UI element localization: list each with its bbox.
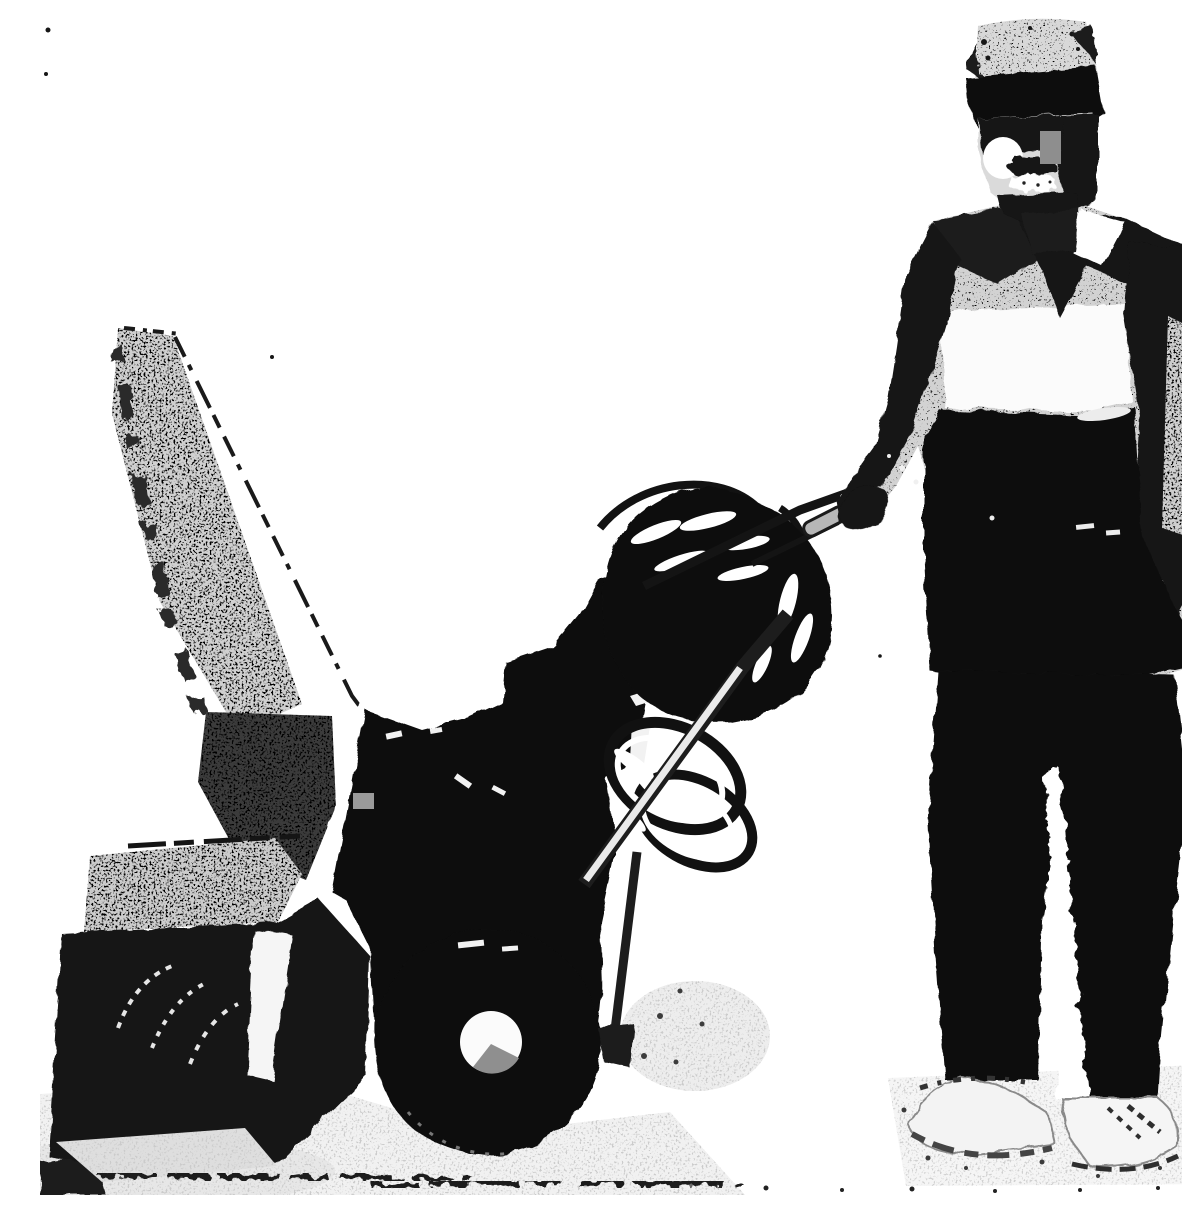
legs [928, 671, 1182, 1102]
auger-top-face [84, 838, 302, 932]
ground-bottom-dots [764, 1186, 1161, 1194]
operator [831, 19, 1182, 1178]
discharge-chute [112, 328, 364, 732]
scan-artifact-rect-engine [353, 793, 374, 809]
scan-artifact-rect-face [1040, 131, 1061, 164]
jacket-chest-highlight [940, 304, 1132, 412]
photo-canvas [40, 16, 1182, 1195]
kickstand-foot [598, 1024, 634, 1068]
chute-left-band [112, 328, 302, 732]
neck [1022, 208, 1080, 254]
halftone-photo: High-contrast black-and-white halftone p… [40, 16, 1182, 1195]
ground-patch-kickstand [620, 981, 770, 1091]
